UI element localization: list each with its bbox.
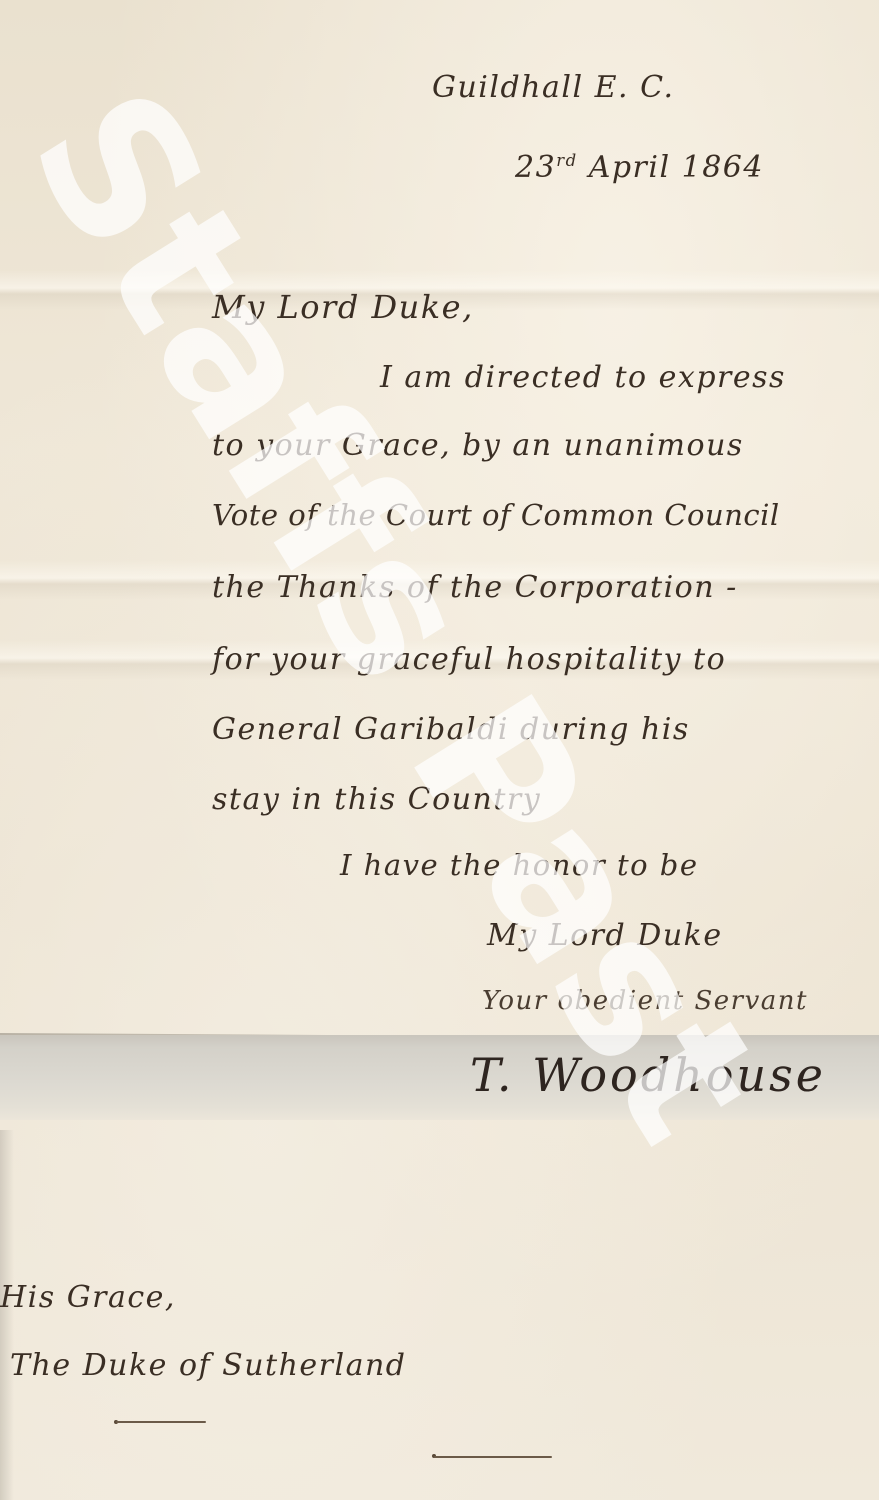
addressee-line: His Grace, — [0, 1280, 176, 1315]
body-line: I am directed to express — [380, 360, 786, 395]
closing-line: I have the honor to be — [340, 848, 699, 882]
signature: T. Woodhouse — [470, 1048, 826, 1102]
closing-line: My Lord Duke — [487, 918, 723, 953]
page-edge-shadow — [0, 1130, 14, 1500]
addressee-line: The Duke of Sutherland — [10, 1348, 407, 1383]
salutation: My Lord Duke, — [212, 288, 474, 326]
closing-line: Your obedient Servant — [482, 986, 808, 1016]
letter-date: 23rd April 1864 — [515, 150, 764, 185]
body-line: Vote of the Court of Common Council — [212, 498, 780, 532]
decorative-dash — [116, 1421, 206, 1423]
date-day: 23 — [515, 150, 556, 185]
body-line: the Thanks of the Corporation - — [212, 570, 738, 605]
date-suffix: rd — [556, 151, 577, 170]
decorative-dash — [434, 1456, 552, 1458]
body-line: General Garibaldi during his — [212, 712, 690, 747]
body-line: stay in this Country — [212, 782, 541, 817]
body-line: to your Grace, by an unanimous — [212, 428, 744, 463]
letter-paper — [0, 0, 879, 1500]
body-line: for your graceful hospitality to — [212, 642, 726, 677]
letter-place: Guildhall E. C. — [432, 70, 675, 105]
date-month-year: April 1864 — [589, 150, 764, 185]
